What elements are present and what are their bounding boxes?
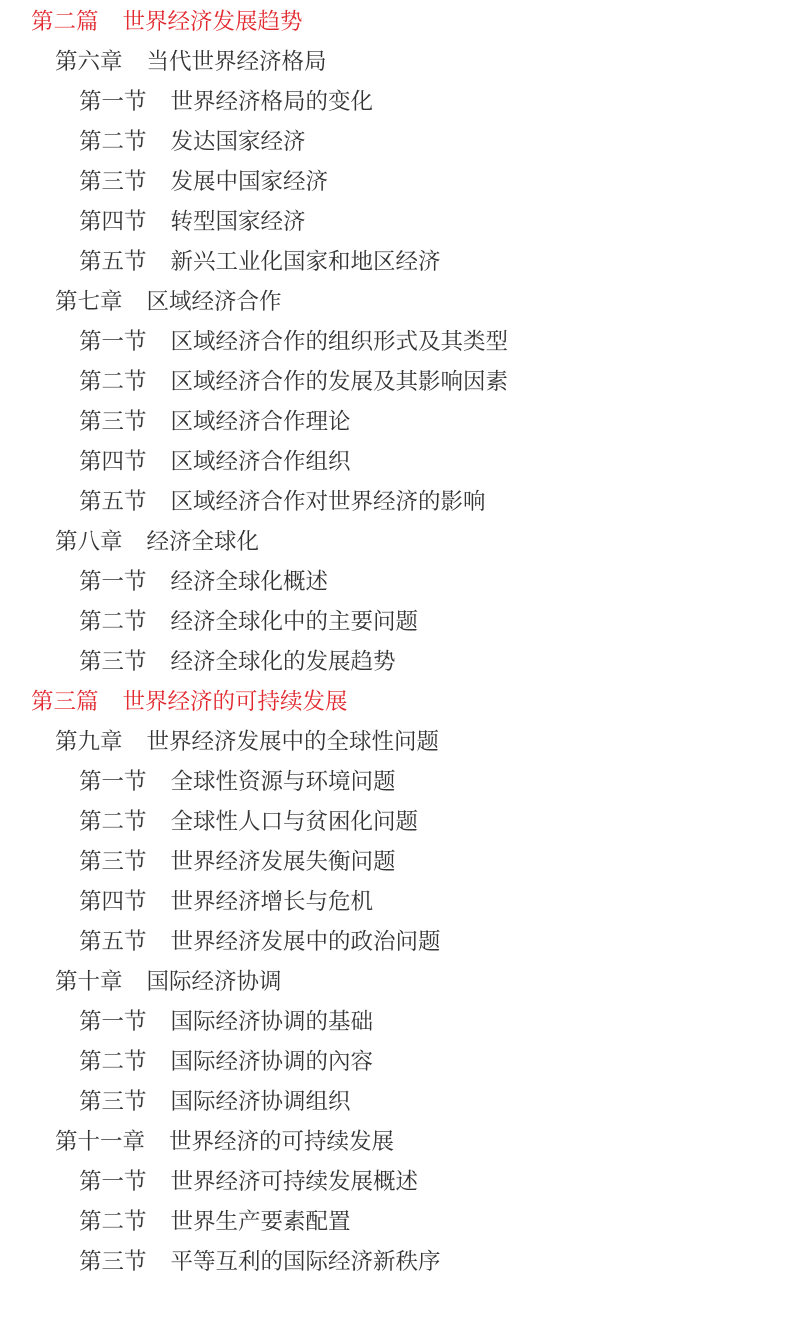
toc-section-title: 世界经济增长与危机: [171, 889, 374, 915]
toc-section-title: 全球性资源与环境问题: [171, 769, 396, 795]
toc-section-title: 区域经济合作对世界经济的影响: [171, 489, 486, 515]
toc-section-number: 第一节: [79, 82, 147, 122]
toc-section-title: 经济全球化的发展趋势: [171, 649, 396, 675]
toc-section-entry[interactable]: 第三节平等互利的国际经济新秩序: [0, 1242, 790, 1282]
toc-section-title: 国际经济协调的基础: [171, 1009, 374, 1035]
toc-section-title: 平等互利的国际经济新秩序: [171, 1249, 441, 1275]
toc-section-entry[interactable]: 第三节世界经济发展失衡问题: [0, 842, 790, 882]
toc-section-entry[interactable]: 第三节经济全球化的发展趋势: [0, 642, 790, 682]
toc-chapter-entry[interactable]: 第七章区域经济合作: [0, 282, 790, 322]
toc-section-title: 区域经济合作的发展及其影响因素: [171, 369, 509, 395]
toc-chapter-title: 国际经济协调: [147, 969, 282, 995]
toc-chapter-number: 第八章: [55, 522, 123, 562]
toc-section-entry[interactable]: 第一节世界经济格局的变化: [0, 82, 790, 122]
toc-section-number: 第一节: [79, 762, 147, 802]
toc-section-title: 世界经济发展失衡问题: [171, 849, 396, 875]
toc-section-number: 第四节: [79, 882, 147, 922]
toc-section-title: 全球性人口与贫困化问题: [171, 809, 419, 835]
toc-chapter-entry[interactable]: 第六章当代世界经济格局: [0, 42, 790, 82]
toc-part-title: 世界经济发展趋势: [123, 9, 303, 35]
toc-part-entry[interactable]: 第二篇世界经济发展趋势: [0, 2, 790, 42]
toc-section-entry[interactable]: 第四节世界经济增长与危机: [0, 882, 790, 922]
toc-section-number: 第二节: [79, 1202, 147, 1242]
toc-section-entry[interactable]: 第一节全球性资源与环境问题: [0, 762, 790, 802]
toc-section-number: 第五节: [79, 482, 147, 522]
toc-section-entry[interactable]: 第四节转型国家经济: [0, 202, 790, 242]
toc-section-title: 区域经济合作理论: [171, 409, 351, 435]
toc-section-number: 第二节: [79, 1042, 147, 1082]
toc-section-title: 发达国家经济: [171, 129, 306, 155]
toc-section-entry[interactable]: 第二节国际经济协调的內容: [0, 1042, 790, 1082]
toc-section-entry[interactable]: 第二节世界生产要素配置: [0, 1202, 790, 1242]
toc-section-title: 经济全球化概述: [171, 569, 329, 595]
toc-section-title: 转型国家经济: [171, 209, 306, 235]
toc-chapter-entry[interactable]: 第八章经济全球化: [0, 522, 790, 562]
toc-chapter-number: 第七章: [55, 282, 123, 322]
toc-section-number: 第一节: [79, 562, 147, 602]
toc-section-title: 国际经济协调的內容: [171, 1049, 374, 1075]
toc-section-entry[interactable]: 第五节新兴工业化国家和地区经济: [0, 242, 790, 282]
toc-section-number: 第一节: [79, 322, 147, 362]
toc-section-entry[interactable]: 第二节全球性人口与贫困化问题: [0, 802, 790, 842]
toc-section-title: 区域经济合作的组织形式及其类型: [171, 329, 509, 355]
toc-section-entry[interactable]: 第一节经济全球化概述: [0, 562, 790, 602]
toc-section-title: 新兴工业化国家和地区经济: [171, 249, 441, 275]
toc-chapter-number: 第十一章: [55, 1122, 145, 1162]
toc-section-number: 第三节: [79, 842, 147, 882]
toc-chapter-number: 第九章: [55, 722, 123, 762]
toc-section-entry[interactable]: 第一节区域经济合作的组织形式及其类型: [0, 322, 790, 362]
toc-section-entry[interactable]: 第三节发展中国家经济: [0, 162, 790, 202]
toc-section-number: 第二节: [79, 122, 147, 162]
toc-section-title: 世界经济可持续发展概述: [171, 1169, 419, 1195]
toc-section-title: 经济全球化中的主要问题: [171, 609, 419, 635]
toc-section-entry[interactable]: 第三节区域经济合作理论: [0, 402, 790, 442]
toc-section-number: 第三节: [79, 1082, 147, 1122]
toc-section-number: 第三节: [79, 162, 147, 202]
toc-chapter-title: 经济全球化: [147, 529, 260, 555]
toc-section-number: 第五节: [79, 242, 147, 282]
toc-chapter-entry[interactable]: 第十章国际经济协调: [0, 962, 790, 1002]
toc-section-number: 第三节: [79, 642, 147, 682]
toc-section-entry[interactable]: 第一节国际经济协调的基础: [0, 1002, 790, 1042]
toc-section-entry[interactable]: 第三节国际经济协调组织: [0, 1082, 790, 1122]
toc-chapter-number: 第十章: [55, 962, 123, 1002]
toc-section-title: 区域经济合作组织: [171, 449, 351, 475]
toc-section-number: 第三节: [79, 402, 147, 442]
toc-section-entry[interactable]: 第五节区域经济合作对世界经济的影响: [0, 482, 790, 522]
toc-chapter-number: 第六章: [55, 42, 123, 82]
toc-part-number: 第二篇: [31, 2, 99, 42]
toc-chapter-title: 世界经济的可持续发展: [169, 1129, 394, 1155]
toc-section-number: 第三节: [79, 1242, 147, 1282]
toc-section-entry[interactable]: 第二节经济全球化中的主要问题: [0, 602, 790, 642]
toc-section-number: 第四节: [79, 442, 147, 482]
toc-section-title: 世界经济发展中的政治问题: [171, 929, 441, 955]
table-of-contents: 第二篇世界经济发展趋势第六章当代世界经济格局第一节世界经济格局的变化第二节发达国…: [0, 0, 790, 1282]
toc-section-title: 世界生产要素配置: [171, 1209, 351, 1235]
toc-section-entry[interactable]: 第二节发达国家经济: [0, 122, 790, 162]
toc-section-number: 第二节: [79, 802, 147, 842]
toc-section-number: 第一节: [79, 1162, 147, 1202]
toc-section-number: 第一节: [79, 1002, 147, 1042]
toc-chapter-title: 区域经济合作: [147, 289, 282, 315]
toc-section-number: 第二节: [79, 602, 147, 642]
toc-section-number: 第五节: [79, 922, 147, 962]
toc-chapter-title: 当代世界经济格局: [147, 49, 327, 75]
toc-section-title: 发展中国家经济: [171, 169, 329, 195]
toc-section-number: 第四节: [79, 202, 147, 242]
toc-section-title: 世界经济格局的变化: [171, 89, 374, 115]
toc-part-title: 世界经济的可持续发展: [123, 689, 348, 715]
toc-chapter-entry[interactable]: 第九章世界经济发展中的全球性问题: [0, 722, 790, 762]
toc-section-number: 第二节: [79, 362, 147, 402]
toc-section-entry[interactable]: 第二节区域经济合作的发展及其影响因素: [0, 362, 790, 402]
toc-part-entry[interactable]: 第三篇世界经济的可持续发展: [0, 682, 790, 722]
toc-chapter-title: 世界经济发展中的全球性问题: [147, 729, 440, 755]
toc-part-number: 第三篇: [31, 682, 99, 722]
toc-section-entry[interactable]: 第五节世界经济发展中的政治问题: [0, 922, 790, 962]
toc-section-entry[interactable]: 第一节世界经济可持续发展概述: [0, 1162, 790, 1202]
toc-section-entry[interactable]: 第四节区域经济合作组织: [0, 442, 790, 482]
toc-section-title: 国际经济协调组织: [171, 1089, 351, 1115]
toc-chapter-entry[interactable]: 第十一章世界经济的可持续发展: [0, 1122, 790, 1162]
